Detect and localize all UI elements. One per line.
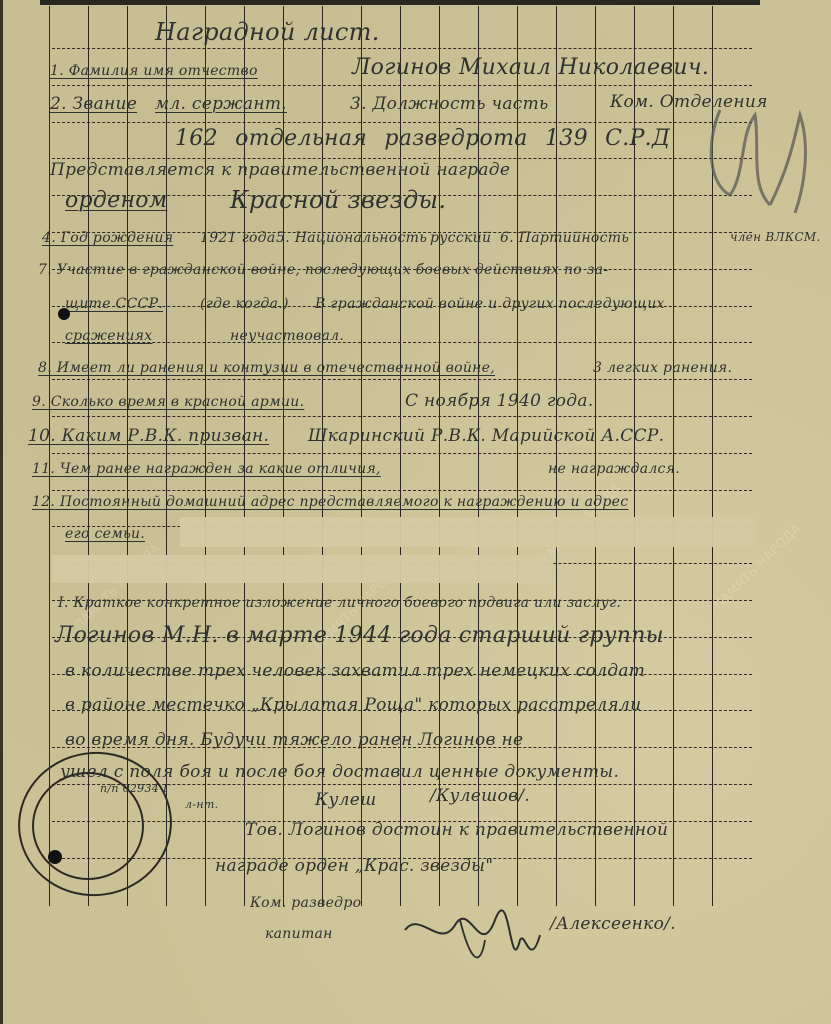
nomination-prefix: орденом xyxy=(65,188,167,213)
ink-blot xyxy=(58,308,70,320)
resolution-line-1: Тов. Логинов достоин к правительственной xyxy=(245,820,668,840)
nomination-award: Красной звезды. xyxy=(230,186,446,214)
redacted-address-2 xyxy=(52,555,552,583)
field-11-label: 11. Чем ранее награжден за какие отличия… xyxy=(32,461,381,477)
signature-1: Кулеш xyxy=(315,790,377,810)
grid-horizontal-line xyxy=(52,48,752,49)
field-7-line-2c: В гражданской войне и других последующих xyxy=(315,296,665,312)
field-7-line-2a: щите СССР. xyxy=(65,296,163,312)
resolution-position-2: капитан xyxy=(265,926,333,942)
field-1-value: Логинов Михаил Николаевич. xyxy=(352,55,709,80)
grid-horizontal-line xyxy=(52,453,752,454)
field-5-label: 5. Национальность xyxy=(276,230,427,246)
field-9-value: С ноября 1940 года. xyxy=(405,391,594,411)
grid-horizontal-line xyxy=(52,342,752,343)
field-12-label: 12. Постоянный домашний адрес представля… xyxy=(32,494,628,510)
field-11-value: не награждался. xyxy=(548,461,680,477)
field-12-label-cont: его семьи. xyxy=(65,526,145,542)
resolution-line-2: награде орден „Крас. звезды" xyxy=(215,856,493,876)
document-title: Наградной лист. xyxy=(155,18,380,46)
field-3-label: 3. Должность часть xyxy=(350,94,549,114)
field-7-line-3b: неучаствовал. xyxy=(230,328,344,344)
feat-line-4: во время дня. Будучи тяжело ранен Логино… xyxy=(65,730,523,750)
grid-horizontal-line xyxy=(52,490,752,491)
field-8-value: 3 легких ранения. xyxy=(593,360,732,376)
stamp-rank: л-нт. xyxy=(185,798,218,811)
grid-horizontal-line xyxy=(52,416,752,417)
field-4-label: 4. Год рождения xyxy=(42,230,173,246)
signature-1-name: /Кулешов/. xyxy=(430,786,530,806)
field-6-label: 6. Партийность xyxy=(500,230,629,246)
field-4-value: 1921 года xyxy=(200,230,276,246)
stamp-number: п/п 02934 Г xyxy=(100,782,170,795)
field-7-line-2b: (где когда.) xyxy=(200,296,289,312)
resolution-signature-name: /Алексеенко/. xyxy=(550,914,676,934)
margin-resolution-mark xyxy=(700,95,820,215)
field-1-label: 1. Фамилия имя отчество xyxy=(50,63,258,79)
feat-heading: I. Краткое конкретное изложение личного … xyxy=(58,595,621,611)
field-10-value: Шкаринский Р.В.К. Марийской А.ССР. xyxy=(308,426,664,446)
field-2-label: 2. Звание xyxy=(50,94,137,114)
resolution-position-1: Ком. разведро xyxy=(250,895,361,911)
field-9-label: 9. Сколько время в красной армии. xyxy=(32,394,304,410)
field-7-line-3a: сражениях xyxy=(65,328,152,344)
field-10-label: 10. Каким Р.В.К. призван. xyxy=(28,426,269,446)
field-6-value: член ВЛКСМ. xyxy=(730,230,821,244)
unit-line: 162 отдельная разведрота 139 С.Р.Д xyxy=(175,126,670,151)
field-2-value: мл. сержант. xyxy=(155,94,287,114)
grid-horizontal-line xyxy=(52,85,752,86)
grid-horizontal-line xyxy=(52,158,752,159)
field-8-label: 8. Имеет ли ранения и контузии в отечест… xyxy=(38,360,495,376)
feat-line-2: в количестве трех человек захватил трех … xyxy=(65,661,645,681)
feat-line-3: в районе местечко „Крылатая Роща" которы… xyxy=(65,695,641,715)
grid-horizontal-line xyxy=(52,379,752,380)
field-5-value: русский xyxy=(430,230,491,246)
grid-vertical-line xyxy=(673,6,674,906)
feat-line-1: Логинов М.Н. в марте 1944 года старший г… xyxy=(55,623,664,648)
grid-horizontal-line xyxy=(52,122,752,123)
ink-blot xyxy=(48,850,62,864)
nomination-line-1: Представляется к правительственной награ… xyxy=(50,160,510,180)
signature-scribble xyxy=(400,900,560,990)
field-7-line-1: 7. Участие в гражданской войне, последую… xyxy=(38,262,608,278)
redacted-address xyxy=(180,517,755,547)
